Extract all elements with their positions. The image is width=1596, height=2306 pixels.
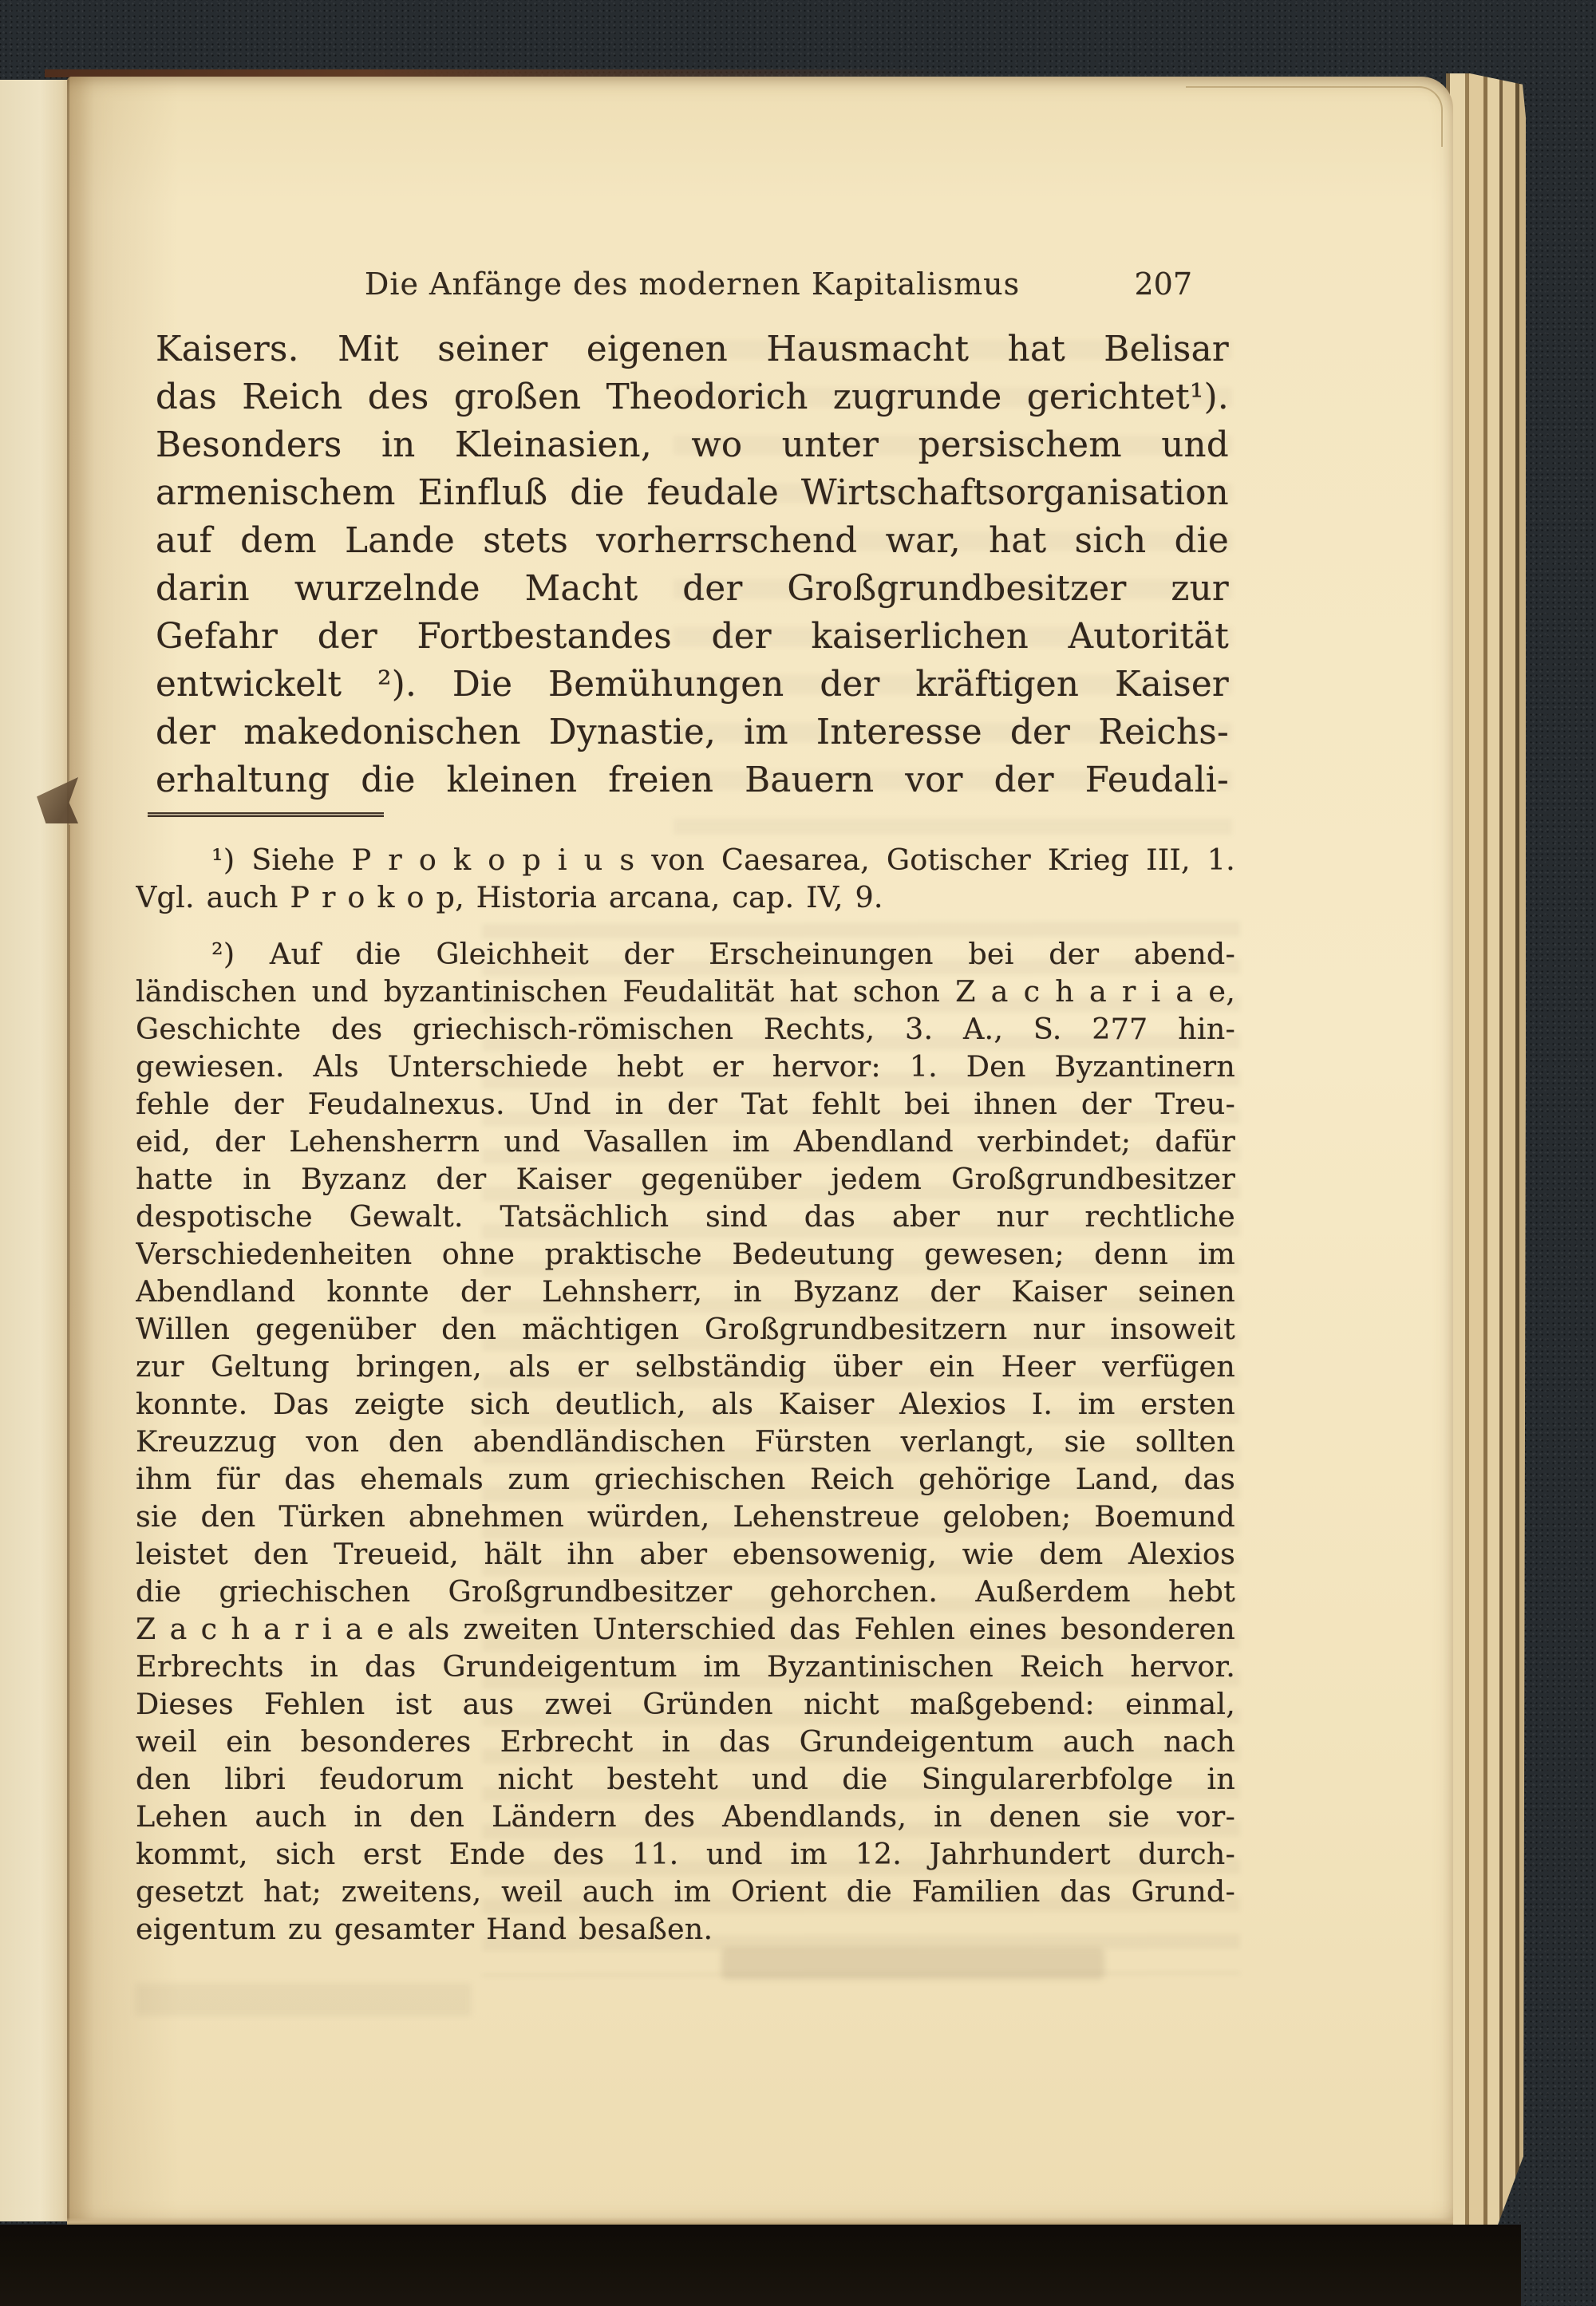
page-crease <box>69 825 70 2070</box>
text-line: die griechischen Großgrundbesitzer gehor… <box>136 1573 1235 1610</box>
text-line: ihm für das ehemals zum griechischen Rei… <box>136 1460 1235 1498</box>
text-line: kommt, sich erst Ende des 11. und im 12.… <box>136 1835 1235 1873</box>
scanned-book-photo: Die Anfänge des modernen Kapitalismus 20… <box>0 0 1596 2306</box>
facing-page-edge <box>0 80 73 2221</box>
text-line: Willen gegenüber den mächtigen Großgrund… <box>136 1310 1235 1348</box>
book-bottom-shadow <box>0 2225 1521 2306</box>
footnote-separator-rule <box>148 812 384 817</box>
text-line: gesetzt hat; zweitens, weil auch im Orie… <box>136 1873 1235 1910</box>
text-line: konnte. Das zeigte sich deutlich, als Ka… <box>136 1385 1235 1423</box>
text-line: gewiesen. Als Unterschiede hebt er hervo… <box>136 1048 1235 1085</box>
text-line: ländischen und byzantinischen Feudalität… <box>136 973 1235 1010</box>
text-line: zur Geltung bringen, als er selbständig … <box>136 1348 1235 1385</box>
page-stack-edges <box>1446 73 1526 2266</box>
ink-bleed-through <box>136 1984 471 2016</box>
text-line: Kaisers. Mit seiner eigenen Hausmacht ha… <box>156 326 1229 373</box>
text-line: darin wurzelnde Macht der Großgrundbesit… <box>156 565 1229 613</box>
text-line: Dieses Fehlen ist aus zwei Gründen nicht… <box>136 1685 1235 1723</box>
text-line: leistet den Treueid, hält ihn aber ebens… <box>136 1535 1235 1573</box>
text-line: den libri feudorum nicht besteht und die… <box>136 1760 1235 1798</box>
text-line: Erbrechts in das Grundeigentum im Byzant… <box>136 1648 1235 1685</box>
ink-bleed-through <box>721 1948 1104 1980</box>
text-line: fehle der Feudalnexus. Und in der Tat fe… <box>136 1085 1235 1123</box>
text-line: weil ein besonderes Erbrecht in das Grun… <box>136 1723 1235 1760</box>
text-line: entwickelt ²). Die Bemühungen der kräfti… <box>156 661 1229 709</box>
text-line: Abendland konnte der Lehnsherr, in Byzan… <box>136 1273 1235 1310</box>
book-page: Die Anfänge des modernen Kapitalismus 20… <box>67 77 1453 2226</box>
text-line: erhaltung die kleinen freien Bauern vor … <box>156 756 1229 804</box>
text-line: Vgl. auch P r o k o p, Historia arcana, … <box>136 879 1235 916</box>
text-line: das Reich des großen Theodorich zugrunde… <box>156 373 1229 421</box>
text-line: eid, der Lehensherrn und Vasallen im Abe… <box>136 1123 1235 1160</box>
text-line: Z a c h a r i a e als zweiten Unterschie… <box>136 1610 1235 1648</box>
page-number: 207 <box>1134 265 1192 303</box>
text-line: Kreuzzug von den abendländischen Fürsten… <box>136 1423 1235 1460</box>
page-header-title: Die Anfänge des modernen Kapitalismus <box>156 265 1229 303</box>
text-line: Gefahr der Fortbestandes der kaiserliche… <box>156 613 1229 661</box>
text-line: ²) Auf die Gleichheit der Erscheinungen … <box>136 935 1235 973</box>
page-corner-detail <box>1186 86 1443 147</box>
footnote-2: ²) Auf die Gleichheit der Erscheinungen … <box>136 935 1235 1948</box>
text-line: Geschichte des griechisch-römischen Rech… <box>136 1010 1235 1048</box>
text-line: auf dem Lande stets vorherrschend war, h… <box>156 517 1229 565</box>
text-line: Verschiedenheiten ohne praktische Bedeut… <box>136 1235 1235 1273</box>
body-text: Kaisers. Mit seiner eigenen Hausmacht ha… <box>156 326 1229 804</box>
text-line: Lehen auch in den Ländern des Abendlands… <box>136 1798 1235 1835</box>
text-line: armenischem Einfluß die feudale Wirtscha… <box>156 469 1229 517</box>
text-line: ¹) Siehe P r o k o p i u s von Caesarea,… <box>136 841 1235 879</box>
text-line: der makedonischen Dynastie, im Interesse… <box>156 709 1229 756</box>
text-line: Besonders in Kleinasien, wo unter persis… <box>156 421 1229 469</box>
text-line: eigentum zu gesamter Hand besaßen. <box>136 1910 1235 1948</box>
text-line: hatte in Byzanz der Kaiser gegenüber jed… <box>136 1160 1235 1198</box>
footnote-1: ¹) Siehe P r o k o p i u s von Caesarea,… <box>136 841 1235 916</box>
running-header: Die Anfänge des modernen Kapitalismus 20… <box>156 265 1229 305</box>
text-line: sie den Türken abnehmen würden, Lehenstr… <box>136 1498 1235 1535</box>
text-line: despotische Gewalt. Tatsächlich sind das… <box>136 1198 1235 1235</box>
